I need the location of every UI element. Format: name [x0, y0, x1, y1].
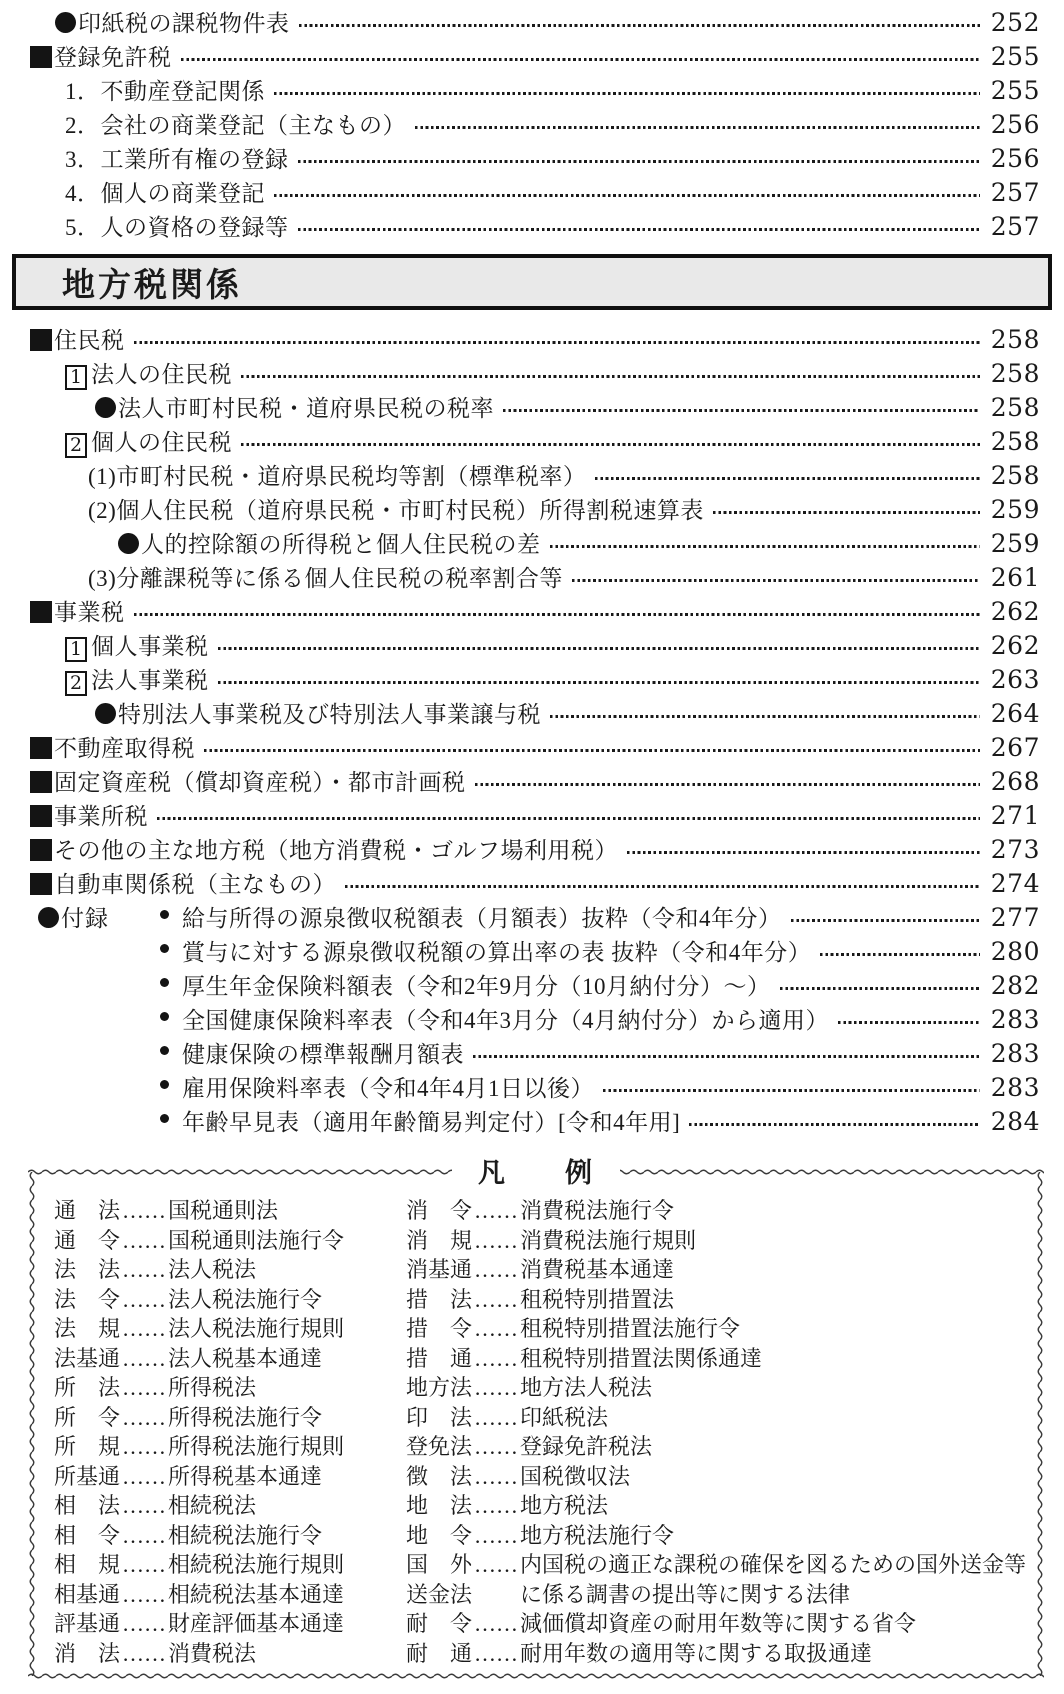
entry-marker-icon: 1 — [65, 637, 87, 662]
legend-abbreviation: 登免法 — [406, 1430, 474, 1461]
entry-title: 印紙税の課税物件表 — [78, 5, 290, 38]
legend-dots: …… — [122, 1287, 168, 1313]
entry-marker-icon — [30, 771, 52, 793]
toc-entry: (2)個人住民税（道府県民税・市町村民税）所得割税速算表 259 — [0, 492, 1064, 526]
toc-entry: 健康保険の標準報酬月額表 283 — [0, 1036, 1064, 1070]
legend-abbreviation: 所 法 — [54, 1371, 122, 1402]
entry-title: 不動産取得税 — [54, 730, 195, 763]
legend-definition: 租税特別措置法 — [520, 1283, 674, 1314]
legend-dots: …… — [122, 1523, 168, 1549]
legend-abbreviation: 徴 法 — [406, 1460, 474, 1491]
legend-definition: 所得税法 — [168, 1371, 256, 1402]
legend-abbreviation: 消 法 — [54, 1637, 122, 1668]
legend-definition: 法人税法 — [168, 1253, 256, 1284]
entry-marker-icon — [95, 397, 116, 418]
legend-definition: 印紙税法 — [520, 1401, 608, 1432]
toc-entry: 住民税 258 — [0, 322, 1064, 356]
legend-abbreviation: 通 法 — [54, 1194, 122, 1225]
toc-entry: 2 法人事業税 263 — [0, 662, 1064, 696]
entry-marker-icon — [30, 601, 52, 623]
entry-page-number: 262 — [990, 597, 1040, 626]
legend-abbreviation: 耐 令 — [406, 1607, 474, 1638]
entry-title: 事業税 — [54, 594, 125, 627]
legend-definition: 相続税法基本通達 — [168, 1578, 344, 1609]
dot-leader — [274, 92, 980, 95]
toc-entry: 法人市町村民税・道府県民税の税率 258 — [0, 390, 1064, 424]
legend-abbreviation: 措 通 — [406, 1342, 474, 1373]
toc-entry: 厚生年金保険料額表（令和2年9月分（10月納付分）〜） 282 — [0, 968, 1064, 1002]
entry-marker-icon — [30, 329, 52, 351]
legend-abbreviation: 所 規 — [54, 1430, 122, 1461]
dot-leader — [595, 477, 980, 480]
legend-dots: …… — [122, 1257, 168, 1283]
legend-dots: …… — [474, 1228, 520, 1254]
entry-marker-icon — [30, 839, 52, 861]
legend-abbreviation: 消 令 — [406, 1194, 474, 1225]
entry-page-number: 252 — [990, 8, 1040, 37]
legend-dots: …… — [122, 1405, 168, 1431]
legend-dots: …… — [474, 1641, 520, 1667]
toc-entry: (3)分離課税等に係る個人住民税の税率割合等 261 — [0, 560, 1064, 594]
legend-dots: …… — [122, 1228, 168, 1254]
legend-abbreviation: 印 法 — [406, 1401, 474, 1432]
entry-title: 3．工業所有権の登録 — [65, 141, 289, 174]
toc-entry: 印紙税の課税物件表 252 — [0, 5, 1064, 39]
legend-abbreviation: 相 法 — [54, 1489, 122, 1520]
toc-national-tax-section: 印紙税の課税物件表 252 登録免許税 255 1．不動産登記関係 255 2．… — [0, 0, 1064, 243]
dot-leader — [218, 647, 981, 650]
legend-entry: 消 規 …… 消費税法施行規則 — [406, 1224, 1032, 1254]
legend-entry: 消 令 …… 消費税法施行令 — [406, 1194, 1032, 1224]
legend-entry: 所基通 …… 所得税基本通達 — [54, 1460, 406, 1490]
entry-marker-icon — [95, 703, 116, 724]
legend-entry: 地方法 …… 地方法人税法 — [406, 1371, 1032, 1401]
legend-abbreviation: 消 規 — [406, 1224, 474, 1255]
entry-marker-icon — [160, 1080, 169, 1089]
entry-marker-icon — [160, 944, 169, 953]
legend-abbreviation: 法 令 — [54, 1283, 122, 1314]
legend-dots: …… — [474, 1552, 520, 1578]
dot-leader — [780, 987, 981, 990]
legend-dots: …… — [122, 1346, 168, 1372]
toc-entry: 1．不動産登記関係 255 — [0, 73, 1064, 107]
toc-entry: 特別法人事業税及び特別法人事業譲与税 264 — [0, 696, 1064, 730]
toc-entry: 2 個人の住民税 258 — [0, 424, 1064, 458]
legend-abbreviation: 法 規 — [54, 1312, 122, 1343]
legend-definition: 減価償却資産の耐用年数等に関する省令 — [520, 1607, 916, 1638]
entry-marker-icon — [30, 737, 52, 759]
entry-page-number: 255 — [990, 76, 1040, 105]
dot-leader — [218, 681, 981, 684]
entry-title: 法人の住民税 — [91, 356, 232, 389]
toc-entry: 事業所税 271 — [0, 798, 1064, 832]
legend-definition: 地方税法 — [520, 1489, 608, 1520]
toc-entry: 4．個人の商業登記 257 — [0, 175, 1064, 209]
toc-page: 印紙税の課税物件表 252 登録免許税 255 1．不動産登記関係 255 2．… — [0, 0, 1064, 1694]
legend-abbreviation: 所基通 — [54, 1460, 122, 1491]
legend-abbreviation: 法基通 — [54, 1342, 122, 1373]
legend-entry: 措 法 …… 租税特別措置法 — [406, 1283, 1032, 1313]
entry-page-number: 283 — [990, 1039, 1040, 1068]
toc-entry: 年齢早見表（適用年齢簡易判定付）[令和4年用] 284 — [0, 1104, 1064, 1138]
legend-definition: 国税通則法 — [168, 1194, 278, 1225]
section-header-local-tax: 地方税関係 — [12, 254, 1052, 310]
legend-entry: 相 法 …… 相続税法 — [54, 1489, 406, 1519]
legend-abbreviation: 耐 通 — [406, 1637, 474, 1668]
dot-leader — [157, 817, 980, 820]
legend-definition: 相続税法 — [168, 1489, 256, 1520]
legend-abbreviation: 消基通 — [406, 1253, 474, 1284]
entry-title: 雇用保険料率表（令和4年4月1日以後） — [182, 1070, 594, 1103]
entry-title: 事業所税 — [54, 798, 148, 831]
entry-marker-icon — [30, 873, 52, 895]
dot-leader — [550, 715, 980, 718]
legend-entry: 法 規 …… 法人税法施行規則 — [54, 1312, 406, 1342]
legend-dots: …… — [474, 1434, 520, 1460]
entry-marker-icon — [160, 1046, 169, 1055]
legend-dots: …… — [474, 1346, 520, 1372]
legend-abbreviation: 法 法 — [54, 1253, 122, 1284]
legend-dots: …… — [122, 1434, 168, 1460]
entry-title: 厚生年金保険料額表（令和2年9月分（10月納付分）〜） — [182, 968, 771, 1001]
entry-marker-icon — [160, 1012, 169, 1021]
entry-page-number: 277 — [990, 903, 1040, 932]
toc-entry: 3．工業所有権の登録 256 — [0, 141, 1064, 175]
legend-entry: 送金法 に係る調書の提出等に関する法律 — [406, 1578, 1032, 1608]
entry-page-number: 257 — [990, 212, 1040, 241]
entry-title: 5．人の資格の登録等 — [65, 209, 289, 242]
entry-title: 自動車関係税（主なもの） — [54, 866, 336, 899]
entry-page-number: 261 — [990, 563, 1040, 592]
legend-definition: 耐用年数の適用等に関する取扱通達 — [520, 1637, 872, 1668]
entry-title: 2．会社の商業登記（主なもの） — [65, 107, 406, 140]
entry-title: 年齢早見表（適用年齢簡易判定付）[令和4年用] — [182, 1104, 680, 1137]
entry-marker-icon — [160, 1114, 169, 1123]
legend-entry: 相 令 …… 相続税法施行令 — [54, 1519, 406, 1549]
toc-local-tax-section: 住民税 258 1 法人の住民税 258 法人市町村民税・道府県民税の税率 25… — [0, 322, 1064, 1138]
toc-entry: (1)市町村民税・道府県民税均等割（標準税率） 258 — [0, 458, 1064, 492]
legend-dots: …… — [122, 1611, 168, 1637]
toc-entry: 固定資産税（償却資産税）・都市計画税 268 — [0, 764, 1064, 798]
legend-definition: 登録免許税法 — [520, 1430, 652, 1461]
toc-entry: 事業税 262 — [0, 594, 1064, 628]
entry-page-number: 262 — [990, 631, 1040, 660]
legend-entry: 評基通 …… 財産評価基本通達 — [54, 1607, 406, 1637]
appendix-label: 付録 — [61, 900, 160, 933]
legend-definition: 消費税基本通達 — [520, 1253, 674, 1284]
wavy-border-right-icon — [1036, 1172, 1044, 1676]
legend-dots: …… — [474, 1257, 520, 1283]
dot-leader — [298, 228, 981, 231]
legend-entry: 所 法 …… 所得税法 — [54, 1371, 406, 1401]
entry-page-number: 267 — [990, 733, 1040, 762]
dot-leader — [134, 613, 981, 616]
legend-definition: 相続税法施行規則 — [168, 1548, 344, 1579]
dot-leader — [503, 409, 980, 412]
entry-title: 全国健康保険料率表（令和4年3月分（4月納付分）から適用） — [182, 1002, 829, 1035]
entry-title: 固定資産税（償却資産税）・都市計画税 — [54, 764, 466, 797]
entry-marker-icon: 2 — [65, 671, 87, 696]
dot-leader — [603, 1089, 980, 1092]
entry-page-number: 282 — [990, 971, 1040, 1000]
entry-page-number: 259 — [990, 495, 1040, 524]
entry-marker-icon: 2 — [65, 433, 87, 458]
dot-leader — [299, 24, 981, 27]
legend-dots: …… — [474, 1464, 520, 1490]
dot-leader — [345, 885, 980, 888]
entry-marker-icon — [118, 533, 139, 554]
legend-definition: 法人税法施行令 — [168, 1283, 322, 1314]
legend-entry: 徴 法 …… 国税徴収法 — [406, 1460, 1032, 1490]
legend-dots: …… — [122, 1316, 168, 1342]
dot-leader — [791, 919, 981, 922]
toc-entry: 付録 給与所得の源泉徴収税額表（月額表）抜粋（令和4年分） 277 — [0, 900, 1064, 934]
entry-title: (1)市町村民税・道府県民税均等割（標準税率） — [88, 458, 586, 491]
legend-definition: 地方税法施行令 — [520, 1519, 674, 1550]
entry-title: 住民税 — [54, 322, 125, 355]
legend-definition: 消費税法 — [168, 1637, 256, 1668]
entry-title: 法人市町村民税・道府県民税の税率 — [118, 390, 494, 423]
legend-abbreviation: 措 法 — [406, 1283, 474, 1314]
legend-abbreviation: 地 令 — [406, 1519, 474, 1550]
dot-leader — [241, 443, 980, 446]
legend-dots: …… — [474, 1287, 520, 1313]
entry-title: 人的控除額の所得税と個人住民税の差 — [141, 526, 541, 559]
legend-definition: 法人税法施行規則 — [168, 1312, 344, 1343]
toc-entry: 賞与に対する源泉徴収税額の算出率の表 抜粋（令和4年分） 280 — [0, 934, 1064, 968]
legend-definition: 国税徴収法 — [520, 1460, 630, 1491]
toc-entry: 自動車関係税（主なもの） 274 — [0, 866, 1064, 900]
entry-page-number: 259 — [990, 529, 1040, 558]
legend-abbreviation: 送金法 — [406, 1578, 474, 1609]
legend-dots: …… — [474, 1493, 520, 1519]
entry-title: 1．不動産登記関係 — [65, 73, 265, 106]
dot-leader — [550, 545, 981, 548]
legend-dots: …… — [122, 1641, 168, 1667]
legend-entry: 耐 令 …… 減価償却資産の耐用年数等に関する省令 — [406, 1607, 1032, 1637]
legend-dots: …… — [122, 1375, 168, 1401]
entry-marker-icon — [55, 12, 76, 33]
legend-dots: …… — [474, 1611, 520, 1637]
entry-title: 給与所得の源泉徴収税額表（月額表）抜粋（令和4年分） — [182, 900, 782, 933]
dot-leader — [181, 58, 981, 61]
dot-leader — [820, 953, 980, 956]
legend-abbreviation: 通 令 — [54, 1224, 122, 1255]
legend-entry: 法基通 …… 法人税基本通達 — [54, 1342, 406, 1372]
entry-title: 健康保険の標準報酬月額表 — [182, 1036, 464, 1069]
legend-column-left: 通 法 …… 国税通則法 通 令 …… 国税通則法施行令 法 法 …… 法人税法… — [54, 1194, 406, 1666]
wavy-border-bottom-icon — [28, 1672, 1044, 1680]
legend-column-right: 消 令 …… 消費税法施行令 消 規 …… 消費税法施行規則 消基通 …… 消費… — [406, 1194, 1032, 1666]
legend-abbreviation: 所 令 — [54, 1401, 122, 1432]
dot-leader — [274, 194, 980, 197]
entry-title: 法人事業税 — [91, 662, 209, 695]
entry-page-number: 258 — [990, 325, 1040, 354]
section-header-label: 地方税関係 — [62, 259, 242, 306]
entry-page-number: 271 — [990, 801, 1040, 830]
entry-marker-icon — [38, 907, 59, 928]
legend-entry: 通 法 …… 国税通則法 — [54, 1194, 406, 1224]
dot-leader — [627, 851, 980, 854]
dot-leader — [473, 1055, 980, 1058]
entry-title: (3)分離課税等に係る個人住民税の税率割合等 — [88, 560, 563, 593]
legend-entry: 所 令 …… 所得税法施行令 — [54, 1401, 406, 1431]
entry-marker-icon — [160, 978, 169, 987]
legend-entry: 登免法 …… 登録免許税法 — [406, 1430, 1032, 1460]
legend-definition: 内国税の適正な課税の確保を図るための国外送金等 — [520, 1548, 1026, 1579]
entry-page-number: 258 — [990, 393, 1040, 422]
entry-page-number: 274 — [990, 869, 1040, 898]
entry-page-number: 273 — [990, 835, 1040, 864]
toc-entry: 全国健康保険料率表（令和4年3月分（4月納付分）から適用） 283 — [0, 1002, 1064, 1036]
entry-title: 登録免許税 — [54, 39, 172, 72]
entry-title: 賞与に対する源泉徴収税額の算出率の表 抜粋（令和4年分） — [182, 934, 811, 967]
legend-definition: 国税通則法施行令 — [168, 1224, 344, 1255]
legend-entry: 法 令 …… 法人税法施行令 — [54, 1283, 406, 1313]
entry-marker-icon — [30, 46, 52, 68]
entry-page-number: 280 — [990, 937, 1040, 966]
dot-leader — [134, 341, 981, 344]
legend-entry: 相 規 …… 相続税法施行規則 — [54, 1548, 406, 1578]
dot-leader — [298, 160, 981, 163]
legend-definition: 租税特別措置法施行令 — [520, 1312, 740, 1343]
legend-abbreviation: 地方法 — [406, 1371, 474, 1402]
legend-abbreviation: 措 令 — [406, 1312, 474, 1343]
dot-leader — [572, 579, 980, 582]
legend-definition: に係る調書の提出等に関する法律 — [520, 1578, 850, 1609]
dot-leader — [689, 1123, 980, 1126]
legend-entry: 相基通 …… 相続税法基本通達 — [54, 1578, 406, 1608]
toc-entry: 1 個人事業税 262 — [0, 628, 1064, 662]
legend-definition: 相続税法施行令 — [168, 1519, 322, 1550]
legend-definition: 法人税基本通達 — [168, 1342, 322, 1373]
legend-abbreviation: 相 令 — [54, 1519, 122, 1550]
legend-entry: 耐 通 …… 耐用年数の適用等に関する取扱通達 — [406, 1637, 1032, 1667]
toc-entry: 雇用保険料率表（令和4年4月1日以後） 283 — [0, 1070, 1064, 1104]
legend-abbreviation: 相 規 — [54, 1548, 122, 1579]
dot-leader — [415, 126, 980, 129]
legend-definition: 地方法人税法 — [520, 1371, 652, 1402]
toc-entry: 1 法人の住民税 258 — [0, 356, 1064, 390]
entry-title: (2)個人住民税（道府県民税・市町村民税）所得割税速算表 — [88, 492, 704, 525]
legend-abbreviation: 国 外 — [406, 1548, 474, 1579]
entry-page-number: 283 — [990, 1073, 1040, 1102]
legend-definition: 所得税基本通達 — [168, 1460, 322, 1491]
toc-entry: その他の主な地方税（地方消費税・ゴルフ場利用税） 273 — [0, 832, 1064, 866]
toc-entry: 5．人の資格の登録等 257 — [0, 209, 1064, 243]
entry-page-number: 257 — [990, 178, 1040, 207]
entry-page-number: 256 — [990, 110, 1040, 139]
toc-entry: 人的控除額の所得税と個人住民税の差 259 — [0, 526, 1064, 560]
legend-entry: 通 令 …… 国税通則法施行令 — [54, 1224, 406, 1254]
legend-abbreviation: 地 法 — [406, 1489, 474, 1520]
entry-page-number: 264 — [990, 699, 1040, 728]
legend-entry: 措 令 …… 租税特別措置法施行令 — [406, 1312, 1032, 1342]
entry-title: 個人の住民税 — [91, 424, 232, 457]
dot-leader — [204, 749, 980, 752]
legend-definition: 租税特別措置法関係通達 — [520, 1342, 762, 1373]
entry-page-number: 263 — [990, 665, 1040, 694]
bullet-icon — [160, 910, 169, 919]
entry-page-number: 258 — [990, 427, 1040, 456]
entry-page-number: 258 — [990, 461, 1040, 490]
legend-title: 凡 例 — [452, 1151, 620, 1190]
legend-entry: 消基通 …… 消費税基本通達 — [406, 1253, 1032, 1283]
legend-abbreviation: 評基通 — [54, 1607, 122, 1638]
legend-definition: 所得税法施行規則 — [168, 1430, 344, 1461]
legend-dots: …… — [474, 1198, 520, 1224]
legend-entry: 地 令 …… 地方税法施行令 — [406, 1519, 1032, 1549]
entry-title: 個人事業税 — [91, 628, 209, 661]
entry-title: 4．個人の商業登記 — [65, 175, 265, 208]
wavy-border-left-icon — [28, 1172, 36, 1676]
entry-title: 特別法人事業税及び特別法人事業譲与税 — [118, 696, 541, 729]
dot-leader — [241, 375, 980, 378]
legend-dots: …… — [122, 1552, 168, 1578]
dot-leader — [475, 783, 981, 786]
toc-entry: 登録免許税 255 — [0, 39, 1064, 73]
legend-dots: …… — [122, 1464, 168, 1490]
legend-box: 凡 例 通 法 …… 国税通則法 通 令 …… 国税通則法施行令 法 法 …… … — [28, 1168, 1044, 1680]
legend-entry: 措 通 …… 租税特別措置法関係通達 — [406, 1342, 1032, 1372]
legend-dots: …… — [474, 1523, 520, 1549]
legend-definition: 消費税法施行規則 — [520, 1224, 696, 1255]
dot-leader — [838, 1021, 980, 1024]
entry-title: その他の主な地方税（地方消費税・ゴルフ場利用税） — [54, 832, 618, 865]
entry-page-number: 256 — [990, 144, 1040, 173]
entry-page-number: 284 — [990, 1107, 1040, 1136]
legend-entry: 法 法 …… 法人税法 — [54, 1253, 406, 1283]
entry-page-number: 258 — [990, 359, 1040, 388]
legend-definition: 所得税法施行令 — [168, 1401, 322, 1432]
legend-entry: 国 外 …… 内国税の適正な課税の確保を図るための国外送金等 — [406, 1548, 1032, 1578]
entry-page-number: 268 — [990, 767, 1040, 796]
legend-dots: …… — [122, 1582, 168, 1608]
toc-entry: 不動産取得税 267 — [0, 730, 1064, 764]
entry-marker-icon: 1 — [65, 365, 87, 390]
legend-dots: …… — [474, 1316, 520, 1342]
legend-abbreviation: 相基通 — [54, 1578, 122, 1609]
entry-marker-icon — [30, 805, 52, 827]
legend-definition: 消費税法施行令 — [520, 1194, 674, 1225]
legend-dots: …… — [122, 1198, 168, 1224]
legend-dots: …… — [122, 1493, 168, 1519]
legend-entry: 消 法 …… 消費税法 — [54, 1637, 406, 1667]
legend-entry: 地 法 …… 地方税法 — [406, 1489, 1032, 1519]
legend-entry: 所 規 …… 所得税法施行規則 — [54, 1430, 406, 1460]
legend-entry: 印 法 …… 印紙税法 — [406, 1401, 1032, 1431]
legend-dots: …… — [474, 1375, 520, 1401]
toc-entry: 2．会社の商業登記（主なもの） 256 — [0, 107, 1064, 141]
legend-definition: 財産評価基本通達 — [168, 1607, 344, 1638]
entry-page-number: 255 — [990, 42, 1040, 71]
dot-leader — [713, 511, 980, 514]
entry-page-number: 283 — [990, 1005, 1040, 1034]
legend-dots: …… — [474, 1405, 520, 1431]
